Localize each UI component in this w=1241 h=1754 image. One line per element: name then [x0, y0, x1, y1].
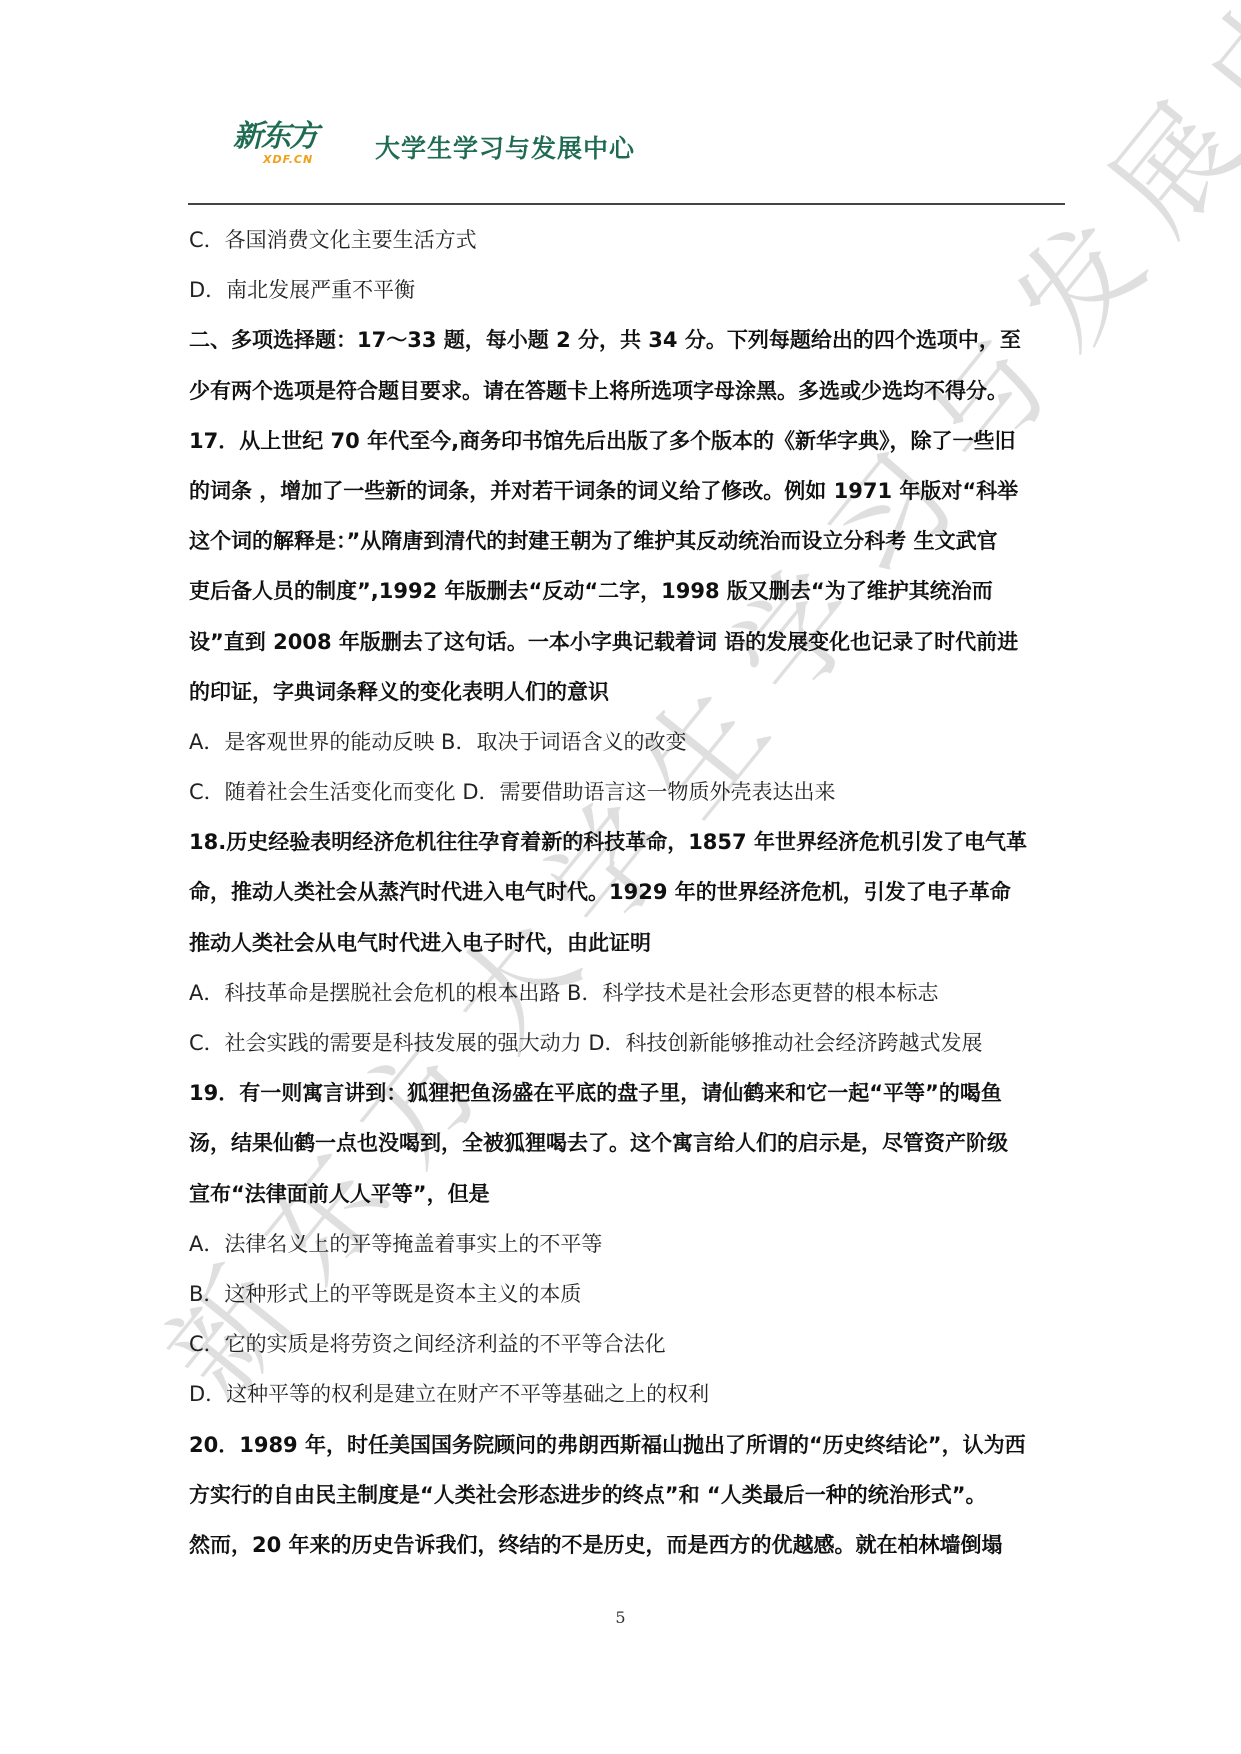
question-text-line: 少有两个选项是符合题目要求。请在答题卡上将所选项字母涂黑。多选或少选均不得分。: [189, 366, 1069, 416]
page-header: 新东方 XDF.CN 大学生学习与发展中心: [233, 120, 635, 180]
question-text-line: 19．有一则寓言讲到：狐狸把鱼汤盛在平底的盘子里，请仙鹤来和它一起“平等”的喝鱼: [189, 1068, 1069, 1118]
question-text-line: 20．1989 年，时任美国国务院顾问的弗朗西斯福山抛出了所谓的“历史终结论”，…: [189, 1420, 1069, 1470]
question-text-line: 宣布“法律面前人人平等”，但是: [189, 1169, 1069, 1219]
center-name: 大学生学习与发展中心: [375, 129, 635, 165]
question-text-line: 17．从上世纪 70 年代至今,商务印书馆先后出版了多个版本的《新华字典》，除了…: [189, 416, 1069, 466]
question-text-line: 二、多项选择题：17～33 题，每小题 2 分，共 34 分。下列每题给出的四个…: [189, 315, 1069, 365]
page-number: 5: [0, 1608, 1241, 1627]
option-line: A．是客观世界的能动反映 B．取决于词语含义的改变: [189, 717, 1069, 767]
option-line: C．各国消费文化主要生活方式: [189, 215, 1069, 265]
header-divider: [188, 203, 1065, 205]
option-line: D．这种平等的权利是建立在财产不平等基础之上的权利: [189, 1369, 1069, 1419]
option-line: C．随着社会生活变化而变化 D．需要借助语言这一物质外壳表达出来: [189, 767, 1069, 817]
xdf-logo: 新东方 XDF.CN: [233, 120, 353, 170]
option-line: D．南北发展严重不平衡: [189, 265, 1069, 315]
question-text-line: 的词条 ，增加了一些新的词条，并对若干词条的词义给了修改。例如 1971 年版对…: [189, 466, 1069, 516]
question-text-line: 这个词的解释是：”从隋唐到清代的封建王朝为了维护其反动统治而设立分科考 生文武官: [189, 516, 1069, 566]
logo-chinese: 新东方: [233, 120, 317, 154]
question-text-line: 然而，20 年来的历史告诉我们，终结的不是历史，而是西方的优越感。就在柏林墙倒塌: [189, 1520, 1069, 1570]
question-text-line: 设”直到 2008 年版删去了这句话。一本小字典记载着词 语的发展变化也记录了时…: [189, 617, 1069, 667]
question-text-line: 推动人类社会从电气时代进入电子时代，由此证明: [189, 918, 1069, 968]
question-text-line: 方实行的自由民主制度是“人类社会形态进步的终点”和 “人类最后一种的统治形式”。: [189, 1470, 1069, 1520]
question-text-line: 汤，结果仙鹤一点也没喝到，全被狐狸喝去了。这个寓言给人们的启示是，尽管资产阶级: [189, 1118, 1069, 1168]
question-text-line: 18.历史经验表明经济危机往往孕育着新的科技革命，1857 年世界经济危机引发了…: [189, 817, 1069, 867]
question-text-line: 吏后备人员的制度”,1992 年版删去“反动“二字，1998 版又删去“为了维护…: [189, 566, 1069, 616]
logo-english: XDF.CN: [263, 153, 313, 166]
option-line: C．它的实质是将劳资之间经济利益的不平等合法化: [189, 1319, 1069, 1369]
option-line: A．科技革命是摆脱社会危机的根本出路 B．科学技术是社会形态更替的根本标志: [189, 968, 1069, 1018]
document-body: C．各国消费文化主要生活方式D．南北发展严重不平衡二、多项选择题：17～33 题…: [189, 215, 1069, 1570]
option-line: C．社会实践的需要是科技发展的强大动力 D．科技创新能够推动社会经济跨越式发展: [189, 1018, 1069, 1068]
question-text-line: 命，推动人类社会从蒸汽时代进入电气时代。1929 年的世界经济危机，引发了电子革…: [189, 867, 1069, 917]
option-line: A．法律名义上的平等掩盖着事实上的不平等: [189, 1219, 1069, 1269]
question-text-line: 的印证，字典词条释义的变化表明人们的意识: [189, 667, 1069, 717]
option-line: B．这种形式上的平等既是资本主义的本质: [189, 1269, 1069, 1319]
